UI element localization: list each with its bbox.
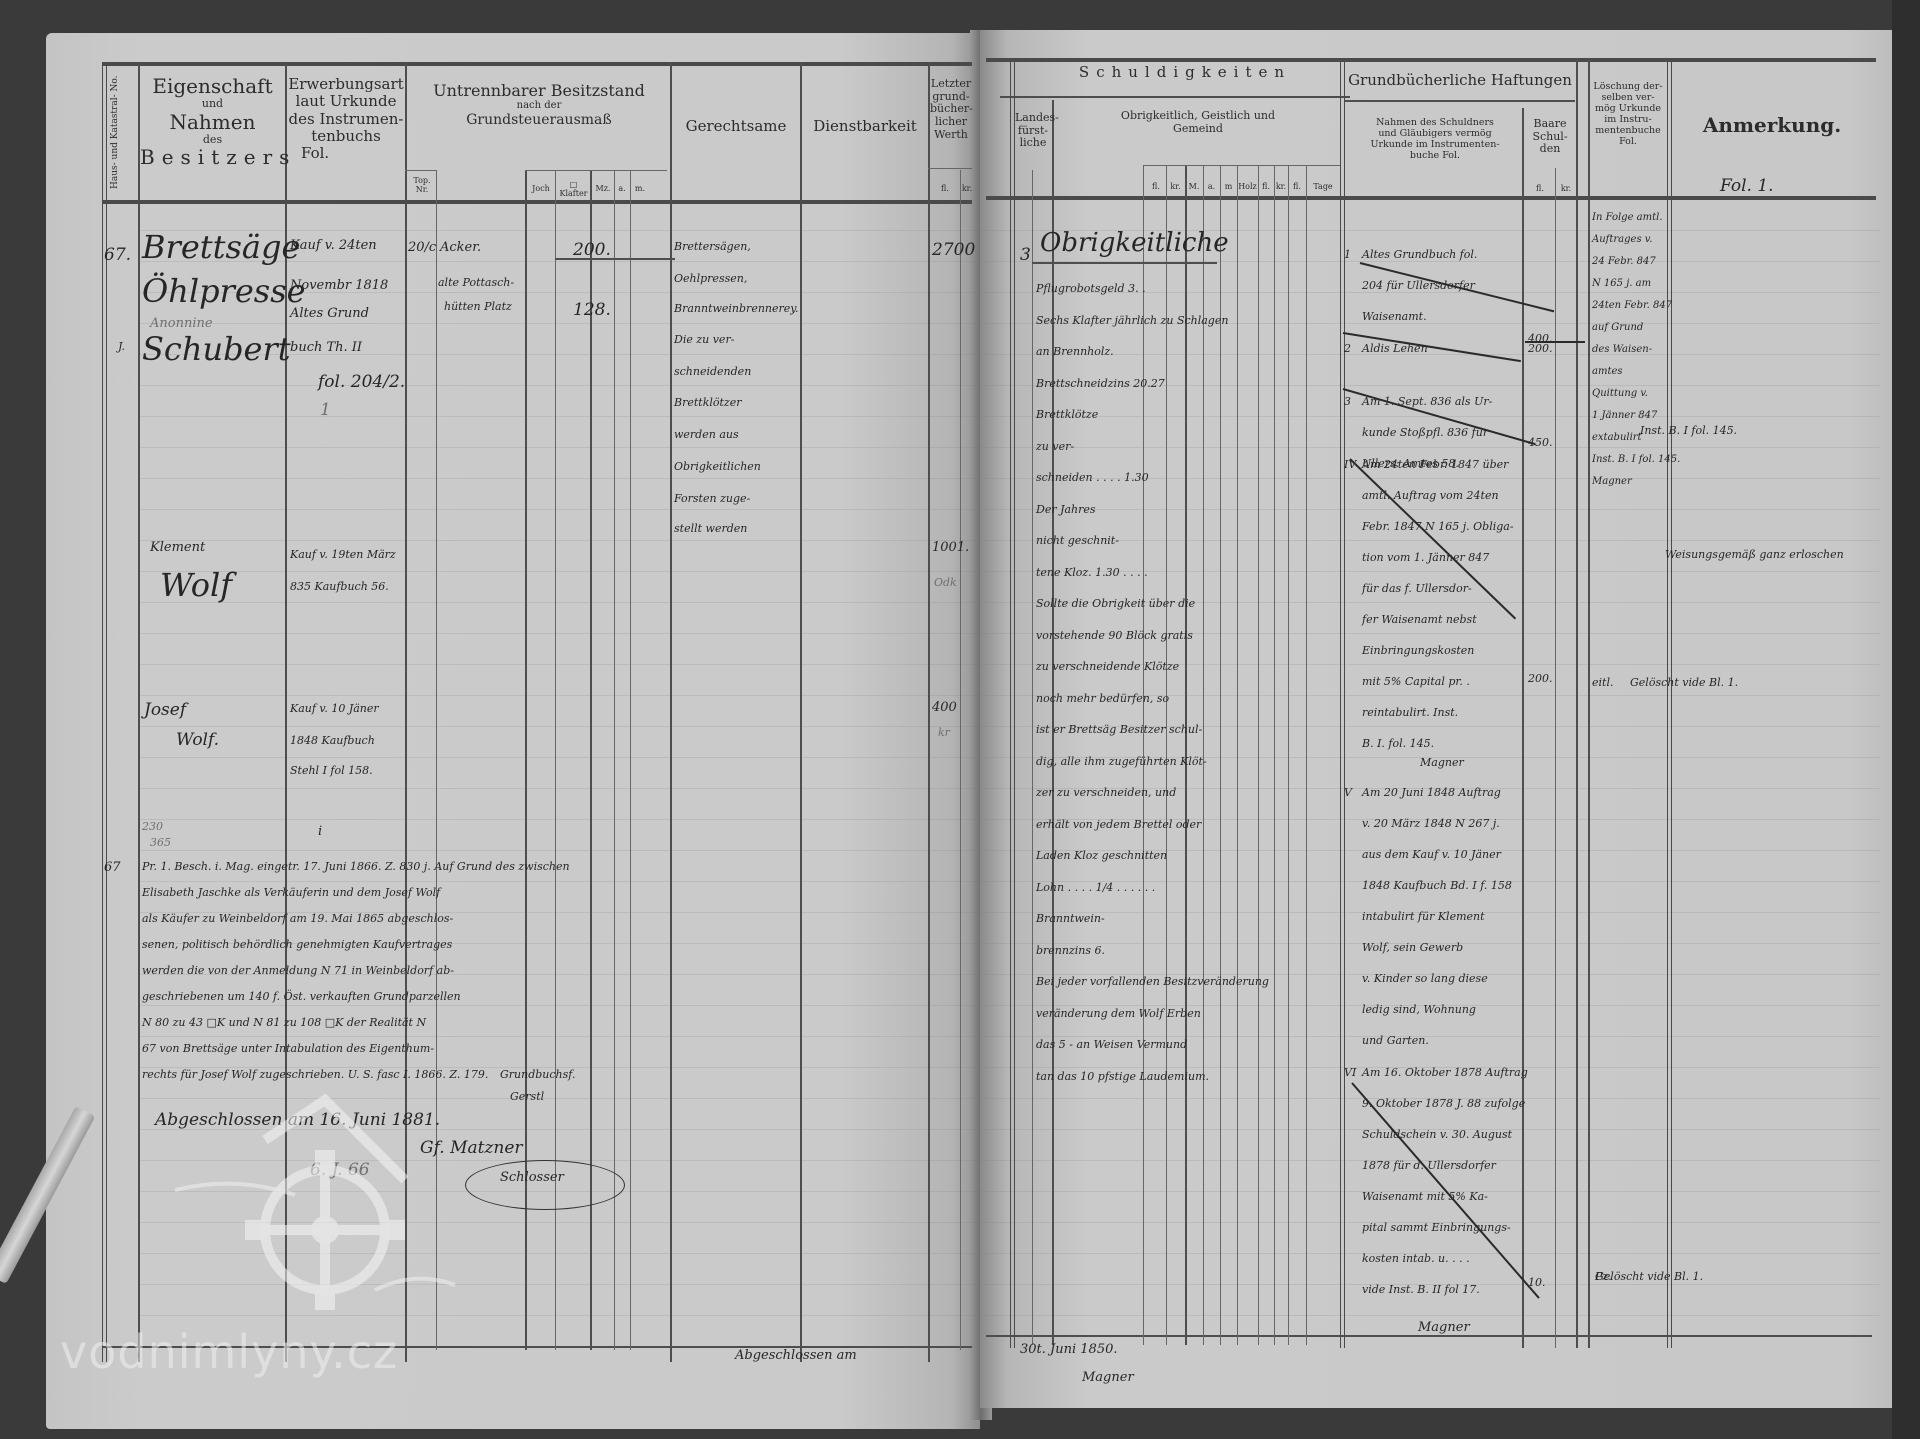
- lien-amount: 200.: [1528, 342, 1553, 355]
- header-property-line: nach der: [408, 100, 670, 112]
- header-rights: Gerechtsame: [672, 118, 800, 135]
- lien-line: Schuldschein v. 30. August: [1362, 1128, 1512, 1141]
- header-owner-line: Nahmen: [140, 111, 285, 134]
- header-acquisition: Erwerbungsart laut Urkunde des Instrumen…: [287, 76, 405, 162]
- header-subcolumn: fl.: [1258, 182, 1274, 191]
- obligation-line: an Brennholz.: [1036, 345, 1114, 358]
- owner-name: Wolf.: [176, 730, 219, 750]
- header-subcolumn: Tage: [1306, 182, 1340, 191]
- remark: Gelöscht vide Bl. 1.: [1595, 1270, 1703, 1283]
- header-property: Untrennbarer Besitzstand nach der Grunds…: [408, 82, 670, 128]
- acquisition-line: fol. 204/2.: [318, 372, 405, 392]
- header-kr: kr.: [960, 184, 974, 193]
- obligation-footer-date: 30t. Juni 1850.: [1020, 1342, 1118, 1357]
- lien-line: intabulirt für Klement: [1362, 910, 1485, 923]
- header-house-number: Haus- und Katastral- No.: [110, 70, 132, 195]
- header-debtor-line: buche Fol.: [1350, 151, 1520, 162]
- lien-line: Febr. 1847 N 165 j. Obliga-: [1362, 520, 1514, 533]
- owner-sub: Anonnine: [150, 316, 213, 331]
- obligation-line: brennzins 6.: [1036, 944, 1105, 957]
- header-deletion-line: mentenbuche: [1590, 126, 1666, 137]
- rights-line: Branntweinbrennerey.: [674, 302, 799, 315]
- lien-line: 9. Oktober 1878 J. 88 zufolge: [1362, 1097, 1525, 1110]
- lien-line: fer Waisenamt nebst: [1362, 613, 1477, 626]
- obligation-footer-signature: Magner: [1082, 1370, 1134, 1385]
- property-desc: alte Pottasch-: [438, 276, 514, 289]
- header-subcolumn: kr.: [1166, 182, 1185, 191]
- lien-line: B. I. fol. 145.: [1362, 737, 1434, 750]
- lien-line: mit 5% Capital pr. .: [1362, 675, 1470, 688]
- header-mz: Mz.: [592, 184, 614, 193]
- lien-line: 1848 Kaufbuch Bd. I f. 158: [1362, 879, 1512, 892]
- acquisition-line: Kauf v. 19ten März: [290, 548, 396, 561]
- owner-name: Klement: [150, 540, 205, 555]
- lien-amount: 200.: [1528, 672, 1553, 685]
- lien-line: aus dem Kauf v. 10 Jäner: [1362, 848, 1501, 861]
- deletion-line: des Waisen-: [1592, 344, 1652, 355]
- last-value: 1001.: [932, 540, 969, 555]
- lien-line: Am 16. Oktober 1878 Auftrag: [1362, 1066, 1528, 1079]
- header-property-line: Untrennbarer Besitzstand: [408, 82, 670, 100]
- header-subcolumn: a.: [1203, 182, 1220, 191]
- header-last-value-line: licher: [930, 116, 972, 129]
- header-deletion-line: Fol.: [1590, 137, 1666, 148]
- header-klafter: □ Klafter: [557, 180, 590, 198]
- header-subcolumn: fl.: [1145, 182, 1167, 191]
- note-line: senen, politisch behördlich genehmigten …: [142, 938, 452, 951]
- note-line: N 80 zu 43 □K und N 81 zu 108 □K der Rea…: [142, 1016, 426, 1029]
- last-value-note: kr: [938, 726, 950, 739]
- header-m: m.: [630, 184, 650, 193]
- header-authority-line: Gemeind: [1058, 123, 1338, 136]
- obligation-line: vorstehende 90 Blöck gratis: [1036, 629, 1193, 642]
- watermark-text: vodnimlyny.cz: [60, 1325, 398, 1379]
- deletion-line: extabulirt: [1592, 432, 1642, 443]
- lien-line: Waisenamt mit 5% Ka-: [1362, 1190, 1488, 1203]
- header-top-nr: Top. Nr.: [408, 176, 436, 194]
- acquisition-line: buch Th. II: [290, 340, 362, 355]
- header-authority: Obrigkeitlich, Geistlich und Gemeind: [1058, 110, 1338, 135]
- obligation-line: erhält von jedem Brettel oder: [1036, 818, 1201, 831]
- header-subcolumn: Holz: [1237, 182, 1258, 191]
- lien-line: ledig sind, Wohnung: [1362, 1003, 1476, 1016]
- header-cash: Baare Schul- den: [1524, 118, 1576, 156]
- note-line: geschriebenen um 140 f. Öst. verkauften …: [142, 990, 461, 1003]
- deletion-line: eitl.: [1592, 676, 1613, 689]
- folio-number: Fol. 1.: [1720, 176, 1774, 196]
- deletion-line: N 165 j. am: [1592, 278, 1651, 289]
- clerk-signature: Gerstl: [510, 1090, 544, 1103]
- deletion-line: 1 Jänner 847: [1592, 410, 1657, 421]
- property-desc: Acker.: [440, 240, 481, 255]
- rights-line: schneidenden: [674, 365, 751, 378]
- clerk-signature: Grundbuchsf.: [500, 1068, 575, 1081]
- header-deletion: Löschung der- selben ver- mög Urkunde im…: [1590, 82, 1666, 148]
- remark: Inst. B. I fol. 145.: [1640, 424, 1737, 437]
- deletion-line: Inst. B. I fol. 145.: [1592, 454, 1680, 465]
- header-sovereign-line: Landes-: [1015, 112, 1051, 125]
- header-a: a.: [614, 184, 630, 193]
- header-subcolumn: M.: [1185, 182, 1203, 191]
- deletion-line: Quittung v.: [1592, 388, 1648, 399]
- last-value: 2700: [932, 240, 975, 260]
- deletion-line: In Folge amtl.: [1592, 212, 1663, 223]
- property-desc: hütten Platz: [444, 300, 512, 313]
- owner-name: Brettsäge: [142, 228, 300, 266]
- lien-line: Am 1. Sept. 836 als Ur-: [1362, 395, 1492, 408]
- lien-line: Einbringungskosten: [1362, 644, 1474, 657]
- header-last-value-line: Letzter: [930, 78, 972, 91]
- rights-line: Brettersägen,: [674, 240, 751, 253]
- footer-closed: Abgeschlossen am: [735, 1348, 857, 1363]
- obligation-number: 3: [1020, 245, 1031, 265]
- obligation-line: ist er Brettsäg Besitzer schul-: [1036, 723, 1202, 736]
- header-subcolumn: m: [1220, 182, 1237, 191]
- watermark-logo-icon: [175, 1080, 475, 1340]
- rights-line: Die zu ver-: [674, 333, 734, 346]
- obligation-line: Branntwein-: [1036, 912, 1105, 925]
- obligation-line: Sollte die Obrigkeit über die: [1036, 597, 1195, 610]
- remark: Weisungsgemäß ganz erloschen: [1665, 548, 1844, 561]
- lien-line: kosten intab. u. . . .: [1362, 1252, 1470, 1265]
- header-debts: Schuldigkeiten: [1030, 64, 1340, 81]
- obligation-line: Pflugrobotsgeld 3. .: [1036, 282, 1146, 295]
- lien-line: pital sammt Einbringungs-: [1362, 1221, 1511, 1234]
- header-subcolumn: kr.: [1274, 182, 1288, 191]
- lien-line: kunde Stoßpfl. 836 für: [1362, 426, 1488, 439]
- header-sovereign-line: liche: [1015, 137, 1051, 150]
- obligation-line: Laden Kloz geschnitten: [1036, 849, 1167, 862]
- header-acquisition-line: des Instrumen-: [287, 111, 405, 128]
- deletion-line: amtes: [1592, 366, 1623, 377]
- obligation-line: tan das 10 pfstige Laudemium.: [1036, 1070, 1209, 1083]
- header-joch: Joch: [527, 184, 555, 193]
- owner-name: Öhlpresse: [142, 272, 306, 310]
- header-owner-line: und: [140, 98, 285, 111]
- header-owner: Eigenschaft und Nahmen des Besitzers: [140, 75, 285, 169]
- note-line: werden die von der Anmeldung N 71 in Wei…: [142, 964, 454, 977]
- obligation-line: tene Kloz. 1.30 . . . .: [1036, 566, 1148, 579]
- header-sovereign: Landes- fürst- liche: [1015, 112, 1051, 150]
- margin-note: 365: [150, 836, 171, 849]
- rights-line: Forsten zuge-: [674, 492, 750, 505]
- page-footer-signature: Magner: [1418, 1320, 1470, 1335]
- header-owner-line: Besitzers: [140, 146, 285, 169]
- note-line: als Käufer zu Weinbeldorf am 19. Mai 186…: [142, 912, 453, 925]
- obligation-line: zer zu verschneiden, und: [1036, 786, 1176, 799]
- note-line: 67 von Brettsäge unter Intabulation des …: [142, 1042, 434, 1055]
- deletion-line: auf Grund: [1592, 322, 1643, 333]
- deletion-line: Auftrages v.: [1592, 234, 1652, 245]
- acquisition-line: Altes Grund: [290, 306, 369, 321]
- klafter-value: 200.: [573, 240, 611, 260]
- rights-line: Oehlpressen,: [674, 272, 747, 285]
- lien-line: Am 20 Juni 1848 Auftrag: [1362, 786, 1501, 799]
- obligation-line: das 5 - an Weisen Vermund: [1036, 1038, 1187, 1051]
- lien-line: Wolf, sein Gewerb: [1362, 941, 1463, 954]
- deletion-line: Magner: [1592, 476, 1632, 487]
- lien-number: 3: [1344, 395, 1351, 408]
- lien-line: und Garten.: [1362, 1034, 1429, 1047]
- top-nr: 20/c: [408, 240, 436, 255]
- obligation-line: Bei jeder vorfallenden Besitzveränderung: [1036, 975, 1269, 988]
- obligation-line: veränderung dem Wolf Erben: [1036, 1007, 1201, 1020]
- header-cash-kr: kr.: [1556, 184, 1576, 193]
- note-line: Elisabeth Jaschke als Verkäuferin und de…: [142, 886, 440, 899]
- lien-line: Waisenamt.: [1362, 310, 1427, 323]
- lien-line: v. 20 März 1848 N 267 j.: [1362, 817, 1500, 830]
- signature-flourish: [465, 1160, 625, 1210]
- acquisition-line: Kauf v. 10 Jäner: [290, 702, 379, 715]
- obligation-line: Brettschneidzins 20.27: [1036, 377, 1165, 390]
- note-line: Pr. 1. Besch. i. Mag. eingetr. 17. Juni …: [142, 860, 570, 873]
- acquisition-line: Stehl I fol 158.: [290, 764, 373, 777]
- header-cash-line: den: [1524, 143, 1576, 156]
- header-owner-line: Eigenschaft: [140, 75, 285, 98]
- entry-number: 67.: [104, 245, 131, 265]
- klafter-value: 128.: [573, 300, 611, 320]
- remark: Gelöscht vide Bl. 1.: [1630, 676, 1738, 689]
- obligation-line: Sechs Klafter jährlich zu Schlagen: [1036, 314, 1228, 327]
- header-acquisition-line: Erwerbungsart: [287, 76, 405, 93]
- header-property-line: Grundsteuerausmaß: [408, 112, 670, 128]
- lien-line: vide Inst. B. II fol 17.: [1362, 1283, 1480, 1296]
- lien-line: tion vom 1. Jänner 847: [1362, 551, 1489, 564]
- obligation-line: schneiden . . . . 1.30: [1036, 471, 1149, 484]
- lien-line: v. Kinder so lang diese: [1362, 972, 1488, 985]
- rights-line: Obrigkeitlichen: [674, 460, 761, 473]
- lien-number: VI: [1344, 1066, 1356, 1079]
- acquisition-line: Kauf v. 24ten: [290, 238, 377, 253]
- header-authority-line: Obrigkeitlich, Geistlich und: [1058, 110, 1338, 123]
- header-acquisition-line: Fol.: [287, 145, 405, 162]
- header-remarks: Anmerkung.: [1672, 114, 1872, 137]
- rights-line: stellt werden: [674, 522, 747, 535]
- header-cash-line: Baare: [1524, 118, 1576, 131]
- lien-line: für das f. Ullersdor-: [1362, 582, 1472, 595]
- owner-name: Josef: [144, 700, 186, 720]
- header-servitude: Dienstbarkeit: [802, 118, 928, 135]
- obligation-line: zu verschneidende Klötze: [1036, 660, 1179, 673]
- lien-line: Altes Grundbuch fol.: [1362, 248, 1477, 261]
- header-subcolumn: fl.: [1288, 182, 1306, 191]
- obligation-line: nicht geschnit-: [1036, 534, 1119, 547]
- owner-name: Wolf: [160, 566, 232, 604]
- lien-signature: Magner: [1420, 756, 1464, 769]
- acquisition-line: 835 Kaufbuch 56.: [290, 580, 389, 593]
- header-acquisition-line: laut Urkunde: [287, 93, 405, 110]
- obligation-line: Lohn . . . . 1/4 . . . . . .: [1036, 881, 1155, 894]
- header-cash-fl: fl.: [1526, 184, 1554, 193]
- obligation-line: zu ver-: [1036, 440, 1074, 453]
- deletion-line: 24ten Febr. 847: [1592, 300, 1672, 311]
- entry-marker: i: [318, 824, 322, 839]
- margin-note: 230: [142, 820, 163, 833]
- obligation-line: dig, alle ihm zugeführten Klöt-: [1036, 755, 1207, 768]
- last-value-note: Odk: [934, 576, 957, 589]
- header-acquisition-line: tenbuchs: [287, 128, 405, 145]
- lien-number: 1: [1344, 248, 1351, 261]
- lien-line: Am 24ten Febr. 1847 über: [1362, 458, 1508, 471]
- header-fl: fl.: [932, 184, 958, 193]
- lien-number: V: [1344, 786, 1352, 799]
- obligation-line: Brettklötze: [1036, 408, 1098, 421]
- obligation-title: Obrigkeitliche: [1040, 228, 1229, 258]
- owner-surname: Schubert: [142, 330, 291, 368]
- obligation-line: noch mehr bedürfen, so: [1036, 692, 1169, 705]
- acquisition-line: Novembr 1818: [290, 278, 388, 293]
- lien-number: 2: [1344, 342, 1351, 355]
- acquisition-line: 1848 Kaufbuch: [290, 734, 375, 747]
- header-last-value-line: Werth: [930, 129, 972, 142]
- last-value: 400: [932, 700, 957, 715]
- header-debtor: Nahmen des Schuldners und Gläubigers ver…: [1350, 118, 1520, 162]
- background-edge: [1892, 0, 1920, 1439]
- obligation-line: Der Jahres: [1036, 503, 1096, 516]
- rights-line: Brettklötzer: [674, 396, 741, 409]
- lien-line: reintabulirt. Inst.: [1362, 706, 1458, 719]
- rights-line: werden aus: [674, 428, 739, 441]
- header-liens: Grundbücherliche Haftungen: [1345, 72, 1575, 89]
- deletion-line: 24 Febr. 847: [1592, 256, 1656, 267]
- entry-number: 67: [104, 860, 121, 875]
- header-last-value: Letzter grund- bücher- licher Werth: [930, 78, 972, 141]
- margin-mark: 1: [320, 400, 331, 420]
- owner-prefix: J.: [118, 340, 125, 353]
